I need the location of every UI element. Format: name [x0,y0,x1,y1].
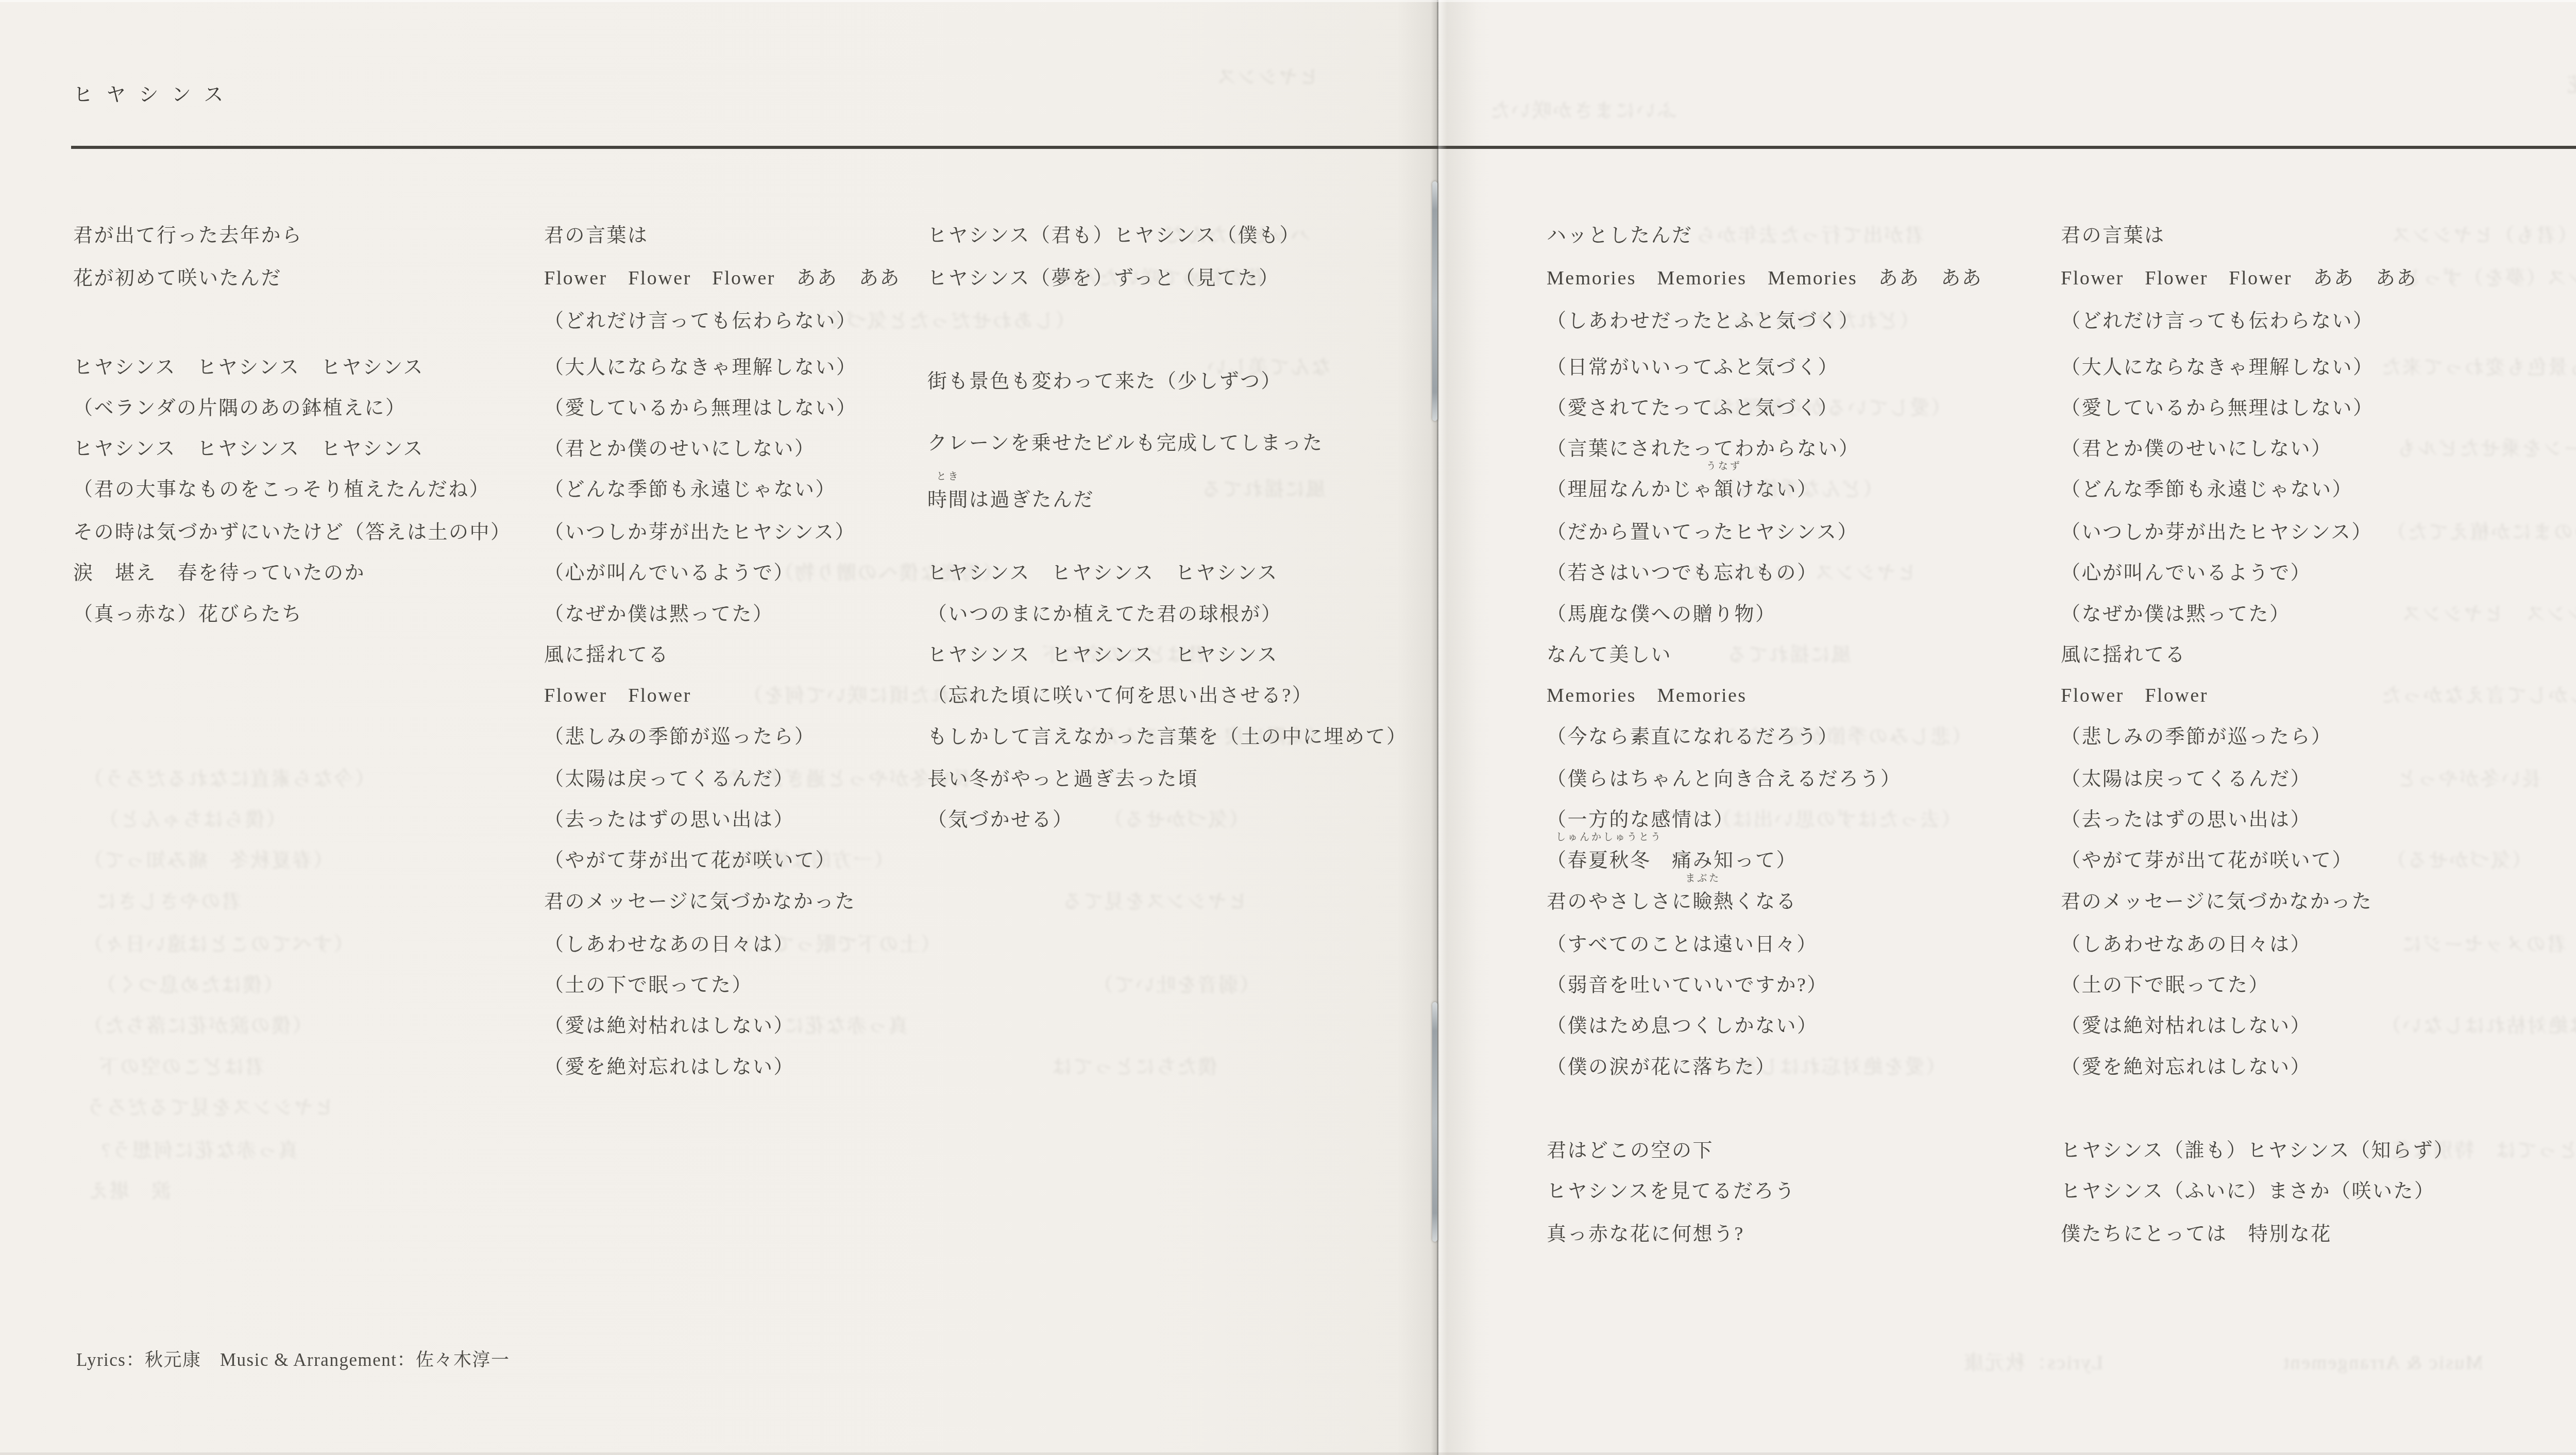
lyric-line: （君の大事なものをこっそり植えたんだね） [73,475,490,504]
show-through-text: ヒヤシンス [1216,63,1319,92]
lyric-line: 君のやさしさに瞼まぶた熱くなる [1547,887,1797,916]
show-through-text: クレーンを乗せたビルも [2396,434,2576,463]
lyric-line: （去ったはずの思い出は） [544,805,794,834]
show-through-text: （僕はため息つく） [95,971,283,1000]
lyric-line: （君とか僕のせいにしない） [2061,434,2332,463]
lyric-line: 風に揺れてる [2061,640,2186,669]
staple [1432,181,1437,421]
show-through-text: （いつのまにか植えてた） [2385,518,2576,547]
show-through-text: 君はどこの空の下 [1041,640,1208,669]
show-through-text: （愛を絶対忘れはしない） [1695,1053,1945,1081]
show-through-text: 僕たちにとっては [1051,1053,1217,1081]
show-through-text: ヒヤシンス ヒヤシンス [1690,559,1917,587]
show-through-text: （一方的な感情は） [706,846,894,875]
show-through-text: （春夏秋冬 痛み知って） [82,846,333,875]
show-through-text: 君はどこの空の下 [98,1053,265,1081]
show-through-text: （今なら素直になれるだろう） [82,765,375,793]
scan-edge-top [0,0,2576,2]
show-through-text: ヒヤシンスを見てる [1061,887,1248,916]
show-through-text: 真っ赤な花に何想う? [100,1136,298,1165]
lyric-line: （大人にならなきゃ理解しない） [544,353,857,382]
lyric-line: ヒヤシンス（ふいに）まさか（咲いた） [2061,1177,2435,1206]
lyric-line: （大人にならなきゃ理解しない） [2061,353,2374,382]
show-through-text: （すべてのことは遠い日々） [82,930,353,959]
lyric-line: Flower Flower [544,681,691,710]
staple [1432,1002,1437,1242]
show-through-text: 僕たちにとっては 特別な花 [2391,1136,2576,1165]
show-through-text: Music & Arrangement [2282,1348,2483,1377]
lyric-line: （心が叫んでいるようで） [544,559,794,587]
lyric-line: （弱音を吐いていいですか?） [1547,971,1828,1000]
show-through-text: （弱音を吐いて） [1092,971,1259,1000]
lyric-line: Memories Memories [1547,681,1747,710]
lyric-line: （愛は絶対枯れはしない） [544,1011,794,1040]
show-through-text: 長い冬がやっと [2396,765,2542,793]
lyric-line: （愛を絶対忘れはしない） [544,1053,794,1081]
lyric-line: 風に揺れてる [544,640,669,669]
lyric-line: 時間ときは過ぎたんだ [927,485,1094,514]
lyric-line: 真っ赤な花に何想う? [1547,1220,1744,1248]
lyric-line: （日常がいいってふと気づく） [1547,353,1839,382]
lyric-line: （やがて芽が出て花が咲いて） [2061,846,2353,875]
show-through-text: もしかして言えなかった [2380,681,2576,710]
lyric-line: その時は気づかずにいたけど（答えは土の中） [73,518,512,547]
lyric-line: 君のメッセージに気づかなかった [2061,887,2372,916]
lyric-line: （太陽は戻ってくるんだ） [2061,765,2311,793]
lyric-line: （僕らはちゃんと向き合えるだろう） [1547,765,1902,793]
title-rule [71,146,2576,149]
lyric-line: （どれだけ言っても伝わらない） [2061,307,2374,335]
show-through-text: 涙 堪え [88,1177,171,1206]
booklet-fold [1397,0,1478,1455]
lyric-line: （土の下で眠ってた） [544,971,753,1000]
lyric-line: （愛を絶対忘れはしない） [2061,1053,2311,1081]
lyric-line: （言葉にされたってわからない） [1547,434,1860,463]
lyric-line: Flower Flower Flower ああ ああ [544,264,901,293]
lyric-line: 君の言葉は [544,221,649,250]
lyric-line: 僕たちにとっては 特別な花 [2061,1220,2332,1248]
show-through-text: 風に揺れてる [1200,475,1326,504]
show-through-text: （愛は絶対枯れはしない） [2380,1011,2576,1040]
lyric-line: 君が出て行った去年から [73,221,303,250]
lyric-line: （心が叫んでいるようで） [2061,559,2311,587]
lyric-line: 君はどこの空の下 [1547,1136,1714,1165]
show-through-text: （気づかせる） [1103,805,1249,834]
show-through-text: （気づかせる） [2385,846,2532,875]
lyric-line: ヒヤシンス ヒヤシンス ヒヤシンス [73,353,424,382]
show-through-text: （馬鹿な僕への贈り物） [773,559,1003,587]
lyric-line: （僕はため息つくしかない） [1547,1011,1818,1040]
lyric-line: 涙 堪え 春を待っていたのか [73,559,365,587]
lyric-line: （悲しみの季節が巡ったら） [544,722,816,751]
lyric-line: （ベランダの片隅のあの鉢植えに） [73,394,406,422]
lyric-line: （愛しているから無理はしない） [2061,394,2374,422]
lyric-line: （愛しているから無理はしない） [544,394,857,422]
show-through-text: 君が出て行った去年から [1695,221,1925,250]
lyric-line: （なぜか僕は黙ってた） [2061,600,2291,629]
show-through-text: 風に揺れてる [1726,640,1851,669]
show-through-text: （僕らはちゃんと） [98,805,286,834]
scan-edge-bottom [0,1452,2576,1455]
lyric-line: （愛は絶対枯れはしない） [2061,1011,2311,1040]
lyric-line: （なぜか僕は黙ってた） [544,600,774,629]
lyric-line: （真っ赤な）花びらたち [73,600,303,629]
lyric-line: （しあわせなあの日々は） [2061,930,2311,959]
show-through-text: なんて美しい [1206,353,1331,382]
song-title: ヒヤシンス [73,78,237,107]
lyric-line: （春夏秋冬しゅんかしゅうとう 痛み知って） [1547,846,1797,875]
lyric-line: （だから置いてったヒヤシンス） [1547,518,1858,547]
show-through-text: （どれだけ言っても） [1710,307,1919,335]
lyric-line: （土の下で眠ってた） [2061,971,2269,1000]
lyric-line: （気づかせる） [927,805,1074,834]
lyric-line: （去ったはずの思い出は） [2061,805,2311,834]
lyric-line: なんて美しい [1547,640,1672,669]
show-through-text: （僕の涙が花に落ちた） [82,1011,312,1040]
show-through-text: （悲しみの季節が巡ったら） [1700,722,1972,751]
lyric-line: （いつしか芽が出たヒヤシンス） [2061,518,2372,547]
lyric-line: Flower Flower Flower ああ ああ [2061,264,2417,293]
lyric-line: （君とか僕のせいにしない） [544,434,816,463]
lyric-line: （一方的な感情は） [1547,805,1735,834]
show-through-text: 長い冬がやっと過ぎ去った [721,765,972,793]
lyric-line: ヒヤシンスを見てるだろう [1547,1177,1796,1206]
lyric-line: ハッとしたんだ [1547,221,1693,250]
show-through-text: ヒヤシンス（君も）ヒヤシンス [2391,221,2576,250]
lyric-line: （いつのまにか植えてた君の球根が） [927,600,1282,629]
lyric-line: Memories Memories Memories ああ ああ [1547,264,1982,293]
lyric-line: ヒヤシンス ヒヤシンス ヒヤシンス [73,434,424,463]
show-through-text: ヒヤシンス（夢を）ずっと [2401,264,2576,293]
lyric-line: （馬鹿な僕への贈り物） [1547,600,1776,629]
show-through-text: ハッとしたんだ [1164,221,1311,250]
show-through-text: ヒヤシンスを見てるだろう [85,1093,334,1122]
lyric-line: （すべてのことは遠い日々） [1547,930,1818,959]
lyric-line: 君のメッセージに気づかなかった [544,887,856,916]
show-through-text: （愛しているから無理は） [1700,394,1951,422]
show-through-text: （去ったはずの思い出は） [1710,805,1961,834]
lyric-line: （いつしか芽が出たヒヤシンス） [544,518,856,547]
show-through-text: 君のメッセージに [2401,930,2567,959]
show-through-text: ふいにまさか咲いた [1489,96,1677,125]
show-through-text: （太陽は戻ってくるんだ） [1077,722,1327,751]
lyric-line: クレーンを乗せたビルも完成してしまった [927,429,1324,458]
credits-line: Lyrics：秋元康 Music & Arrangement：佐々木淳一 [76,1346,510,1372]
show-through-text: 君のやさしさに [95,887,242,916]
show-through-text: 街も景色も変わって来た [2380,353,2576,382]
lyric-line: 君の言葉は [2061,221,2165,250]
show-through-text: （忘れた頃に咲いて何を） [742,681,992,710]
show-through-text: （土の下で眠ってた） [732,930,940,959]
show-through-text: Lyrics：秋元康 [1963,1348,2103,1377]
lyric-line: （悲しみの季節が巡ったら） [2061,722,2332,751]
lyric-line: （どんな季節も永遠じゃない） [2061,475,2353,504]
show-through-text: 特別な花 [2566,71,2576,99]
show-through-text: ヒヤシンス ヒヤシンス [2401,600,2576,629]
show-through-text: （しあわせだったと気づく） [804,307,1075,335]
show-through-text: 花が初めて咲いたんだ [1056,264,1265,293]
lyric-line: Flower Flower [2061,681,2208,710]
booklet-spread: ヒヤシンス 君が出て行った去年から花が初めて咲いたんだヒヤシンス ヒヤシンス ヒ… [0,0,2576,1455]
lyric-line: （どんな季節も永遠じゃない） [544,475,836,504]
show-through-text: （どんな季節も） [1716,475,1883,504]
show-through-text: 真っ赤な花に [783,1011,908,1040]
lyric-line: 花が初めて咲いたんだ [73,264,282,293]
